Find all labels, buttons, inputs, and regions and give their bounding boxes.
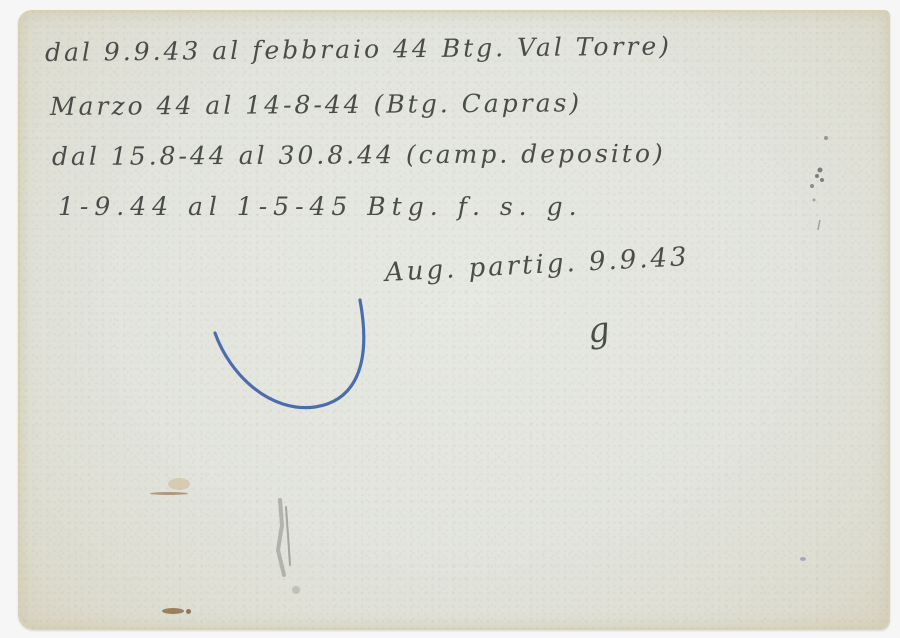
- foxing-stain: [168, 478, 190, 490]
- signature-initial: g: [585, 309, 615, 352]
- blue-pencil-arc-mark: [210, 295, 380, 420]
- handwritten-line-4: 1-9.44 al 1-5-45 Btg. f. s. g.: [58, 192, 583, 221]
- pencil-smudge-right: [800, 130, 840, 240]
- blue-ink-speck: [800, 557, 806, 561]
- handwritten-line-3: dal 15.8-44 al 30.8.44 (camp. deposito): [52, 139, 666, 171]
- foxing-stain: [150, 492, 188, 495]
- foxing-stain: [162, 608, 184, 614]
- foxing-stain: [186, 609, 191, 614]
- scan-background: dal 9.9.43 al febbraio 44 Btg. Val Torre…: [0, 0, 900, 638]
- handwritten-line-2: Marzo 44 al 14-8-44 (Btg. Capras): [50, 88, 582, 121]
- pencil-smudge: [268, 495, 308, 605]
